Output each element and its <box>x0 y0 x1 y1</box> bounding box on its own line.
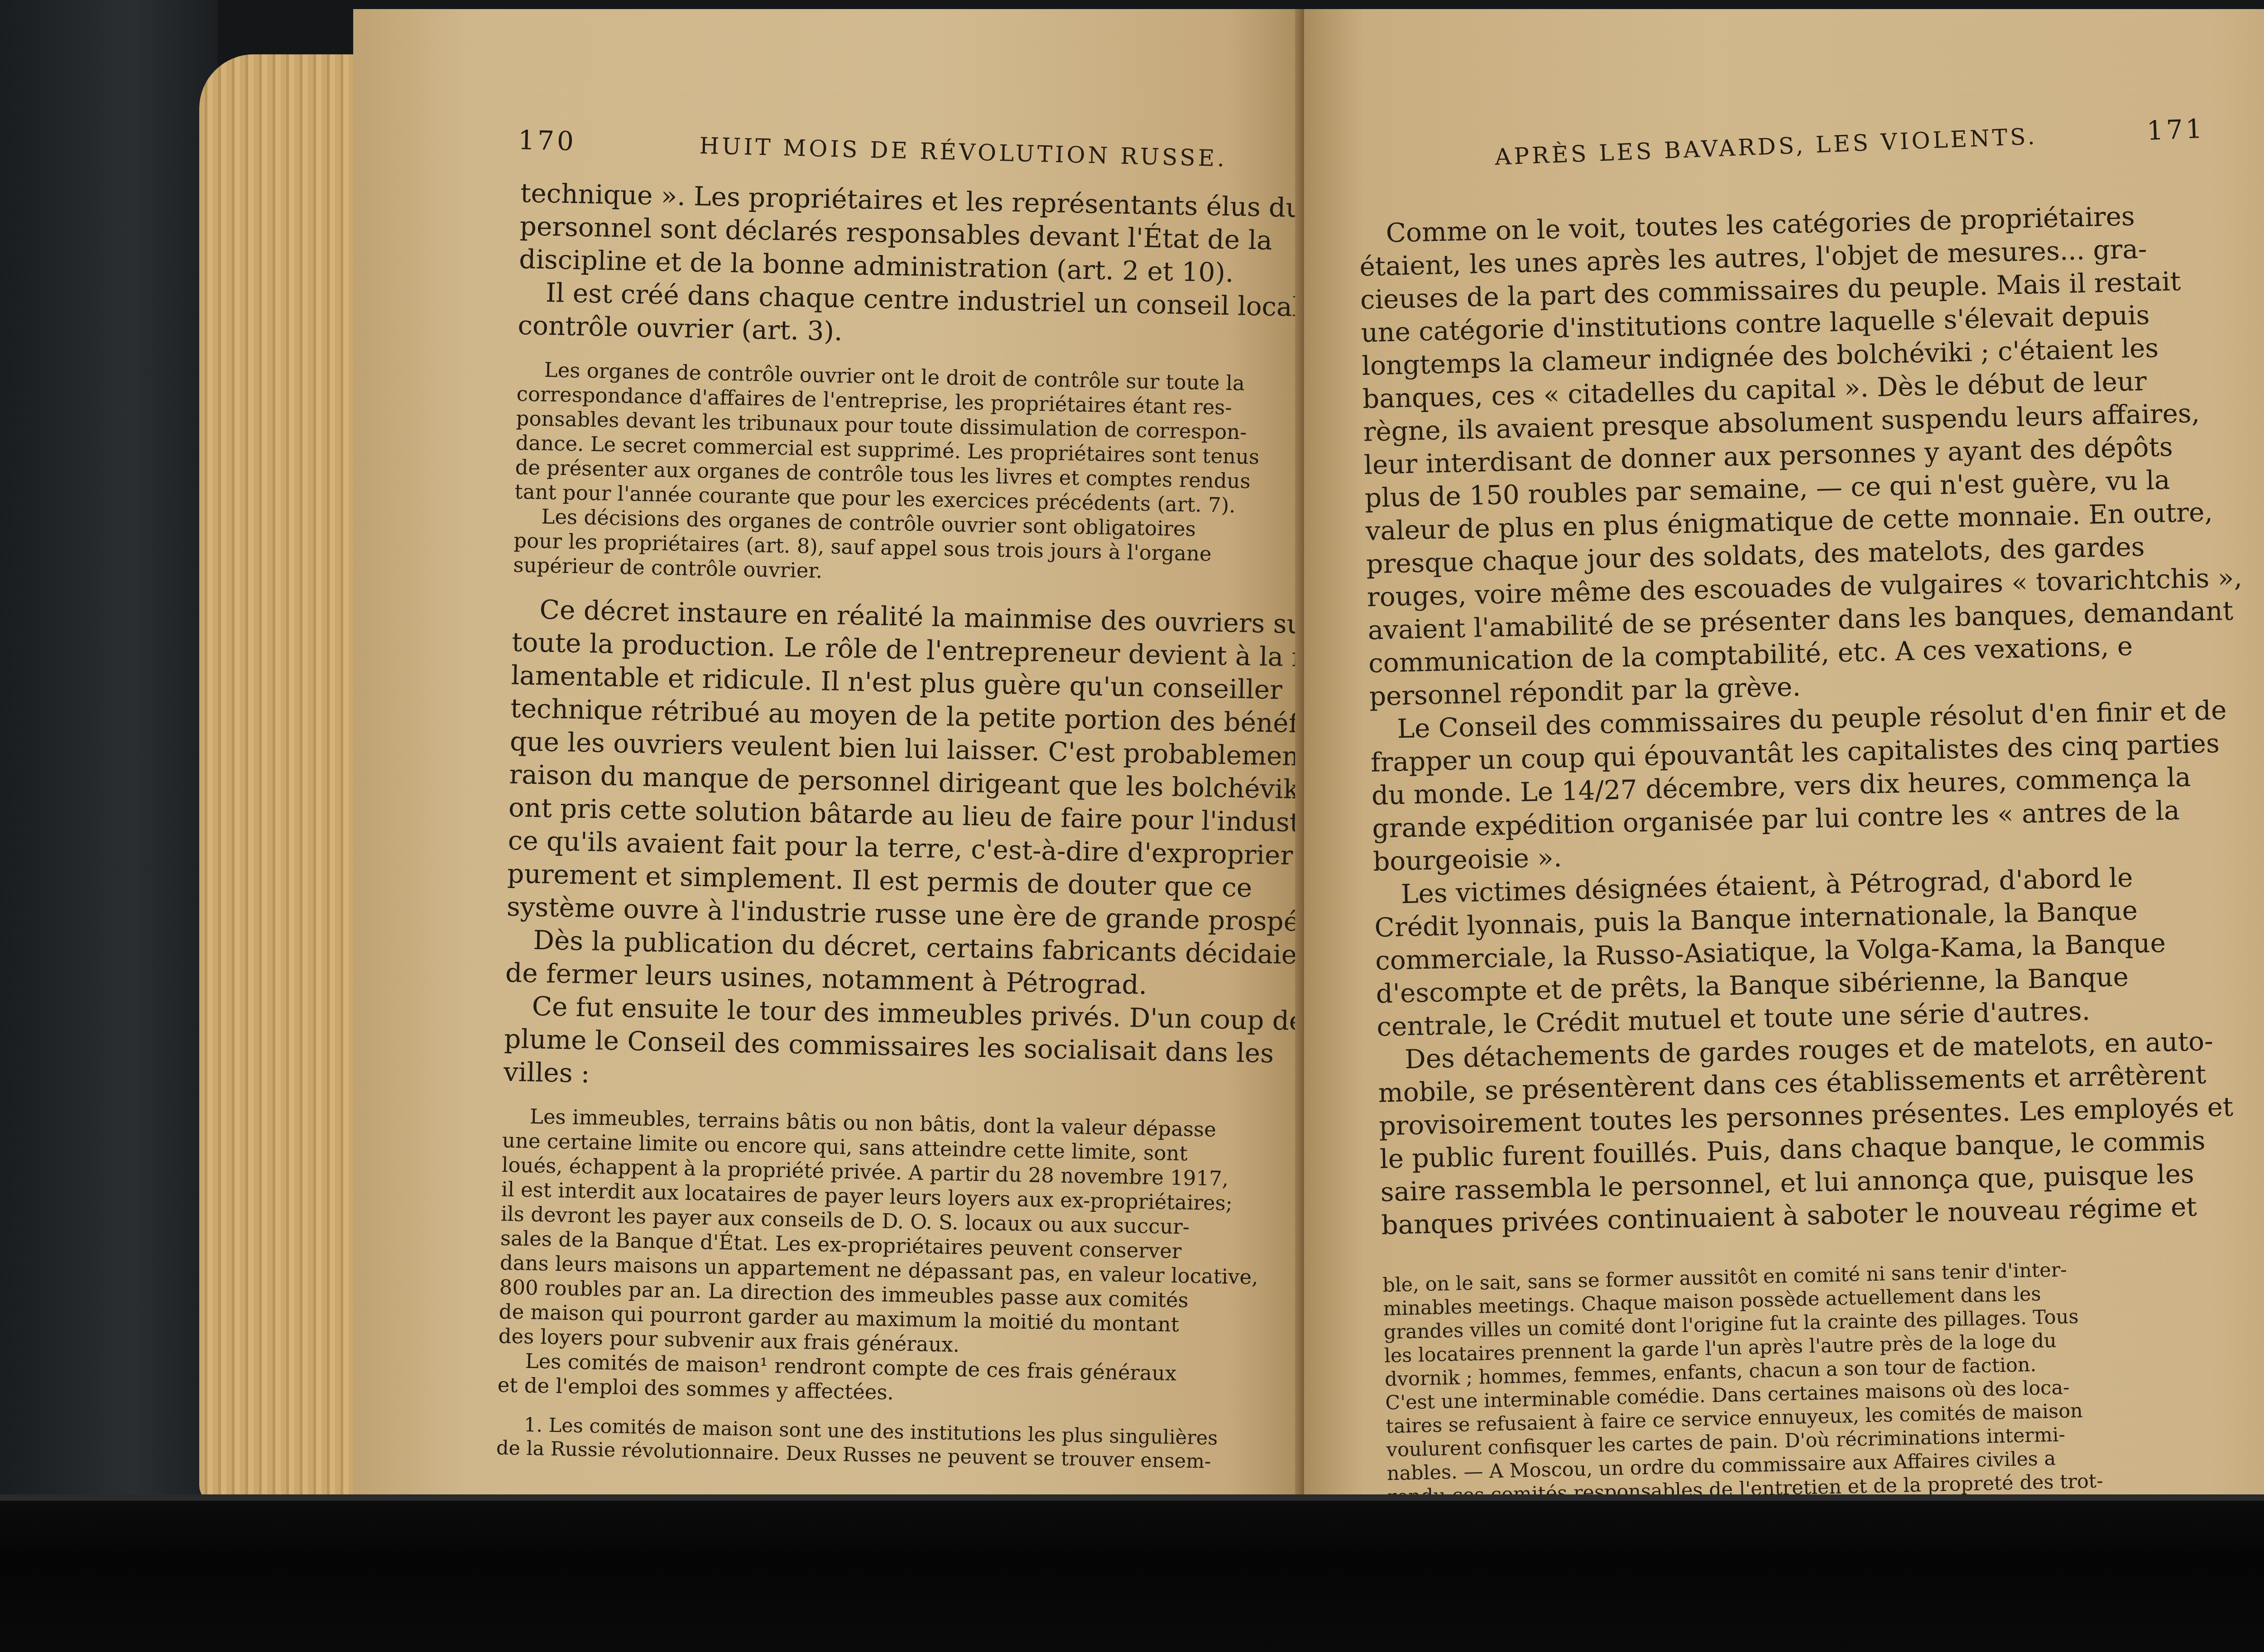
book-page-edges-left <box>199 54 362 1503</box>
display-case-edge <box>0 1494 2264 1501</box>
left-page-header: 170 HUIT MOIS DE RÉVOLUTION RUSSE. <box>518 125 1242 173</box>
left-page-text: technique ». Les propriétaires et les re… <box>496 177 1268 1474</box>
right-page: APRÈS LES BAVARDS, LES VIOLENTS. 171 Com… <box>1304 9 2264 1499</box>
paragraph: Les victimes désignées étaient, à Pétrog… <box>1373 858 2264 1043</box>
left-running-head: HUIT MOIS DE RÉVOLUTION RUSSE. <box>699 133 1228 172</box>
paragraph: Ce fut ensuite le tour des immeubles pri… <box>503 989 1252 1103</box>
paragraph: Ce décret instaure en réalité la mainmis… <box>506 593 1260 938</box>
paragraph: Des détachements de gardes rouges et de … <box>1377 1023 2264 1242</box>
quoted-decree-block: Les organes de contrôle ouvrier ont le d… <box>513 357 1264 592</box>
display-case-left-frame <box>0 0 217 1517</box>
right-page-text: Comme on le voit, toutes les catégories … <box>1358 197 2264 1533</box>
footnote: ble, on le sait, sans se former aussitôt… <box>1382 1253 2264 1532</box>
paragraph: Comme on le voit, toutes les catégories … <box>1358 197 2257 713</box>
quoted-decree-block: Les immeubles, terrains bâtis ou non bât… <box>497 1104 1250 1412</box>
right-page-header: APRÈS LES BAVARDS, LES VIOLENTS. 171 <box>1494 111 2264 171</box>
left-page: 170 HUIT MOIS DE RÉVOLUTION RUSSE. techn… <box>353 9 1304 1508</box>
left-page-number: 170 <box>518 125 576 157</box>
display-case-bottom-rail <box>0 1494 2264 1652</box>
right-page-number: 171 <box>2146 113 2206 146</box>
paragraph: Le Conseil des commissaires du peuple ré… <box>1370 693 2261 878</box>
paragraph: technique ». Les propriétaires et les re… <box>519 177 1268 290</box>
right-running-head: APRÈS LES BAVARDS, LES VIOLENTS. <box>1494 123 2038 170</box>
